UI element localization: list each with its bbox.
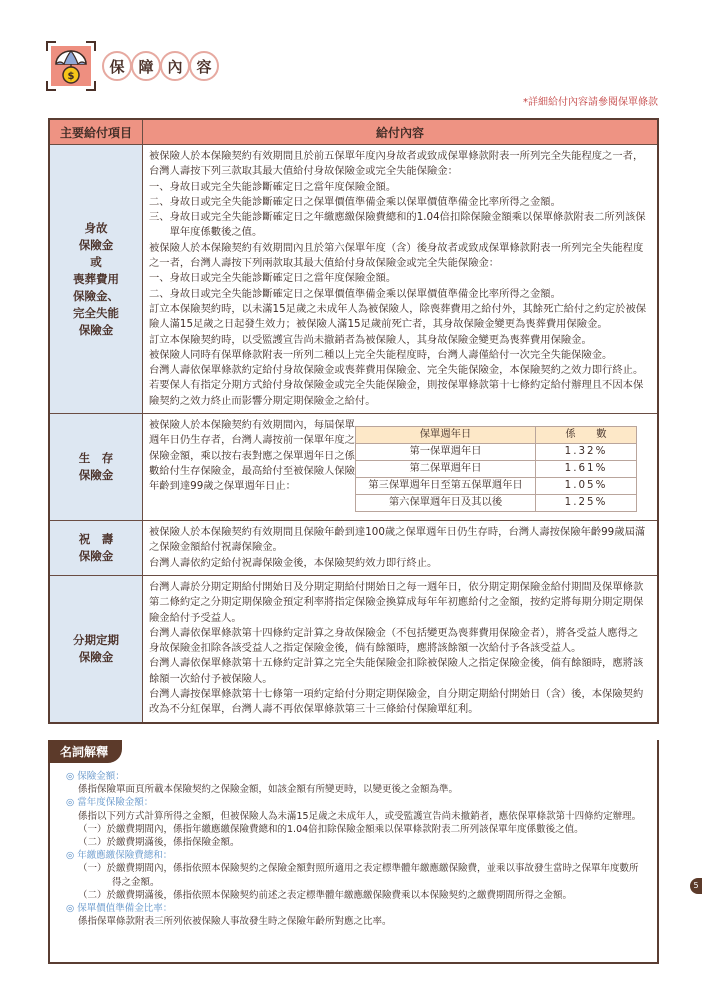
category-cell: 祝 壽保險金 [49, 521, 143, 576]
glossary-subitem: （一）於繳費期間內，係指年繳應繳保險費總和的1.04倍扣除保險金額乘以保單條款附… [66, 823, 647, 836]
content-paragraph: 台灣人壽於分期定期給付開始日及分期定期給付開始日之每一週年日，依分期定期保險金給… [149, 580, 647, 626]
glossary-term: ◎ 年繳應繳保險費總和： [66, 849, 647, 862]
glossary-subitem: （二）於繳費期滿後，係指依照本保險契約前述之表定標準體年繳應繳保險費乘以本保險契… [66, 889, 647, 902]
content-paragraph: 被保險人同時有保單條款附表一所列二種以上完全失能程度時，台灣人壽僅給付一次完全失… [149, 348, 647, 363]
title-char: 內 [160, 51, 190, 81]
glossary-term: ◎ 當年度保險金額： [66, 796, 647, 809]
coef-date: 第六保單週年日及其以後 [356, 495, 536, 512]
glossary-definition: 係指保險單面頁所載本保險契約之保險金額，如該金額有所變更時，以變更後之金額為準。 [66, 783, 647, 796]
coef-header-date: 保單週年日 [356, 427, 536, 444]
glossary-definition: 係指以下列方式計算所得之金額，但被保險人為未滿15足歲之未成年人，或受監護宣告尚… [66, 810, 647, 823]
glossary-tag: 名詞解釋 [48, 740, 122, 763]
glossary-subitem: （一）於繳費期間內，係指依照本保險契約之保險金額對照所適用之表定標準體年繳應繳保… [66, 862, 647, 888]
category-label: 生 存 [51, 450, 141, 467]
category-label: 保險金 [51, 237, 141, 254]
category-cell: 生 存保險金 [49, 414, 143, 521]
coef-header-value: 係 數 [536, 427, 637, 444]
header-item: 主要給付項目 [49, 119, 143, 145]
glossary-panel: 名詞解釋 ◎ 保險金額：係指保險單面頁所載本保險契約之保險金額，如該金額有所變更… [48, 740, 659, 964]
svg-text:$: $ [68, 71, 75, 82]
coef-value: 1.05% [536, 478, 637, 495]
header-content: 給付內容 [143, 119, 659, 145]
coef-date: 第一保單週年日 [356, 444, 536, 461]
content-cell: 台灣人壽於分期定期給付開始日及分期定期給付開始日之每一週年日，依分期定期保險金給… [143, 575, 659, 722]
content-paragraph: 訂立本保險契約時，以受監護宣告尚未撤銷者為被保險人，其身故保險金變更為喪葬費用保… [149, 333, 647, 348]
content-paragraph: 一、身故日或完全失能診斷確定日之當年度保險金額。 [149, 180, 647, 195]
page-tab: 5 [690, 878, 702, 894]
content-paragraph: 一、身故日或完全失能診斷確定日之當年度保險金額。 [149, 271, 647, 286]
content-paragraph: 二、身故日或完全失能診斷確定日之保單價值準備金乘以保單價值準備金比率所得之金額。 [149, 195, 647, 210]
content-paragraph: 台灣人壽依保單條款第十五條約定計算之完全失能保險金扣除被保險人之指定保險金後，倘… [149, 656, 647, 687]
coef-date: 第二保單週年日 [356, 461, 536, 478]
category-cell: 分期定期保險金 [49, 575, 143, 722]
category-label: 分期定期 [51, 632, 141, 649]
survival-text: 被保險人於本保險契約有效期間內，每屆保單週年日仍生存者，台灣人壽按前一保單年度之… [149, 418, 355, 494]
content-paragraph: 三、身故日或完全失能診斷確定日之年繳應繳保險費總和的1.04倍扣除保險金額乘以保… [149, 210, 647, 241]
glossary-term: ◎ 保險金額： [66, 770, 647, 783]
benefits-table: 主要給付項目 給付內容 身故保險金或喪葬費用保險金、完全失能保險金 被保險人於本… [48, 118, 659, 724]
category-label: 保險金 [51, 322, 141, 339]
table-row-longevity-benefit: 祝 壽保險金 被保險人於本保險契約有效期間且保險年齡到達100歲之保單週年日仍生… [49, 521, 658, 576]
page-title: 保 障 內 容 [102, 51, 218, 81]
category-label: 保險金 [51, 649, 141, 666]
policy-note: *詳細給付內容請參閱保單條款 [523, 93, 658, 108]
section-header: $ 保 障 內 容 [46, 40, 218, 92]
content-paragraph: 被保險人於本保險契約有效期間內且於第六保單年度（含）後身故者或致成保單條款附表一… [149, 241, 647, 272]
glossary-subitem: （二）於繳費期滿後，係指保險金額。 [66, 836, 647, 849]
coefficient-table: 保單週年日 係 數 第一保單週年日1.32% 第二保單週年日1.61% 第三保單… [355, 426, 637, 512]
content-paragraph: 訂立本保險契約時，以未滿15足歲之未成年人為被保險人，除喪葬費用之給付外，其餘死… [149, 302, 647, 333]
coef-value: 1.32% [536, 444, 637, 461]
category-label: 祝 壽 [51, 531, 141, 548]
content-cell: 被保險人於本保險契約有效期間內，每屆保單週年日仍生存者，台灣人壽按前一保單年度之… [143, 414, 659, 521]
table-row-death-benefit: 身故保險金或喪葬費用保險金、完全失能保險金 被保險人於本保險契約有效期間且於前五… [49, 145, 658, 414]
category-label: 保險金 [51, 548, 141, 565]
content-paragraph: 被保險人於本保險契約有效期間且保險年齡到達100歲之保單週年日仍生存時，台灣人壽… [149, 525, 647, 556]
category-label: 或 [51, 254, 141, 271]
category-label: 保險金、 [51, 288, 141, 305]
coef-row: 第一保單週年日1.32% [356, 444, 637, 461]
umbrella-coin-icon: $ [46, 41, 96, 91]
table-row-survival-benefit: 生 存保險金 被保險人於本保險契約有效期間內，每屆保單週年日仍生存者，台灣人壽按… [49, 414, 658, 521]
glossary-definition: 係指保單條款附表三所列依被保險人事故發生時之保險年齡所對應之比率。 [66, 915, 647, 928]
coef-row: 第六保單週年日及其以後1.25% [356, 495, 637, 512]
title-char: 容 [189, 51, 219, 81]
title-char: 保 [102, 51, 132, 81]
category-label: 身故 [51, 220, 141, 237]
content-paragraph: 二、身故日或完全失能診斷確定日之保單價值準備金乘以保單價值準備金比率所得之金額。 [149, 287, 647, 302]
content-cell: 被保險人於本保險契約有效期間且保險年齡到達100歲之保單週年日仍生存時，台灣人壽… [143, 521, 659, 576]
content-paragraph: 台灣人壽依保單條款第十四條約定計算之身故保險金（不包括變更為喪葬費用保險金者），… [149, 626, 647, 657]
coef-row: 第三保單週年日至第五保單週年日1.05% [356, 478, 637, 495]
title-char: 障 [131, 51, 161, 81]
content-cell: 被保險人於本保險契約有效期間且於前五保單年度內身故者或致成保單條款附表一所列完全… [143, 145, 659, 414]
content-paragraph: 台灣人壽依保單條款約定給付身故保險金或喪葬費用保險金、完全失能保險金，本保險契約… [149, 363, 647, 409]
content-paragraph: 台灣人壽依約定給付祝壽保險金後，本保險契約效力即行終止。 [149, 556, 647, 571]
coef-row: 第二保單週年日1.61% [356, 461, 637, 478]
table-row-installment-benefit: 分期定期保險金 台灣人壽於分期定期給付開始日及分期定期給付開始日之每一週年日，依… [49, 575, 658, 722]
category-label: 完全失能 [51, 305, 141, 322]
content-paragraph: 台灣人壽按保單條款第十七條第一項約定給付分期定期保險金，自分期定期給付開始日（含… [149, 687, 647, 718]
coef-value: 1.25% [536, 495, 637, 512]
coef-date: 第三保單週年日至第五保單週年日 [356, 478, 536, 495]
category-label: 喪葬費用 [51, 271, 141, 288]
glossary-body: ◎ 保險金額：係指保險單面頁所載本保險契約之保險金額，如該金額有所變更時，以變更… [66, 770, 647, 928]
category-label: 保險金 [51, 467, 141, 484]
category-cell: 身故保險金或喪葬費用保險金、完全失能保險金 [49, 145, 143, 414]
coef-value: 1.61% [536, 461, 637, 478]
glossary-term: ◎ 保單價值準備金比率： [66, 902, 647, 915]
content-paragraph: 被保險人於本保險契約有效期間且於前五保單年度內身故者或致成保單條款附表一所列完全… [149, 149, 647, 180]
